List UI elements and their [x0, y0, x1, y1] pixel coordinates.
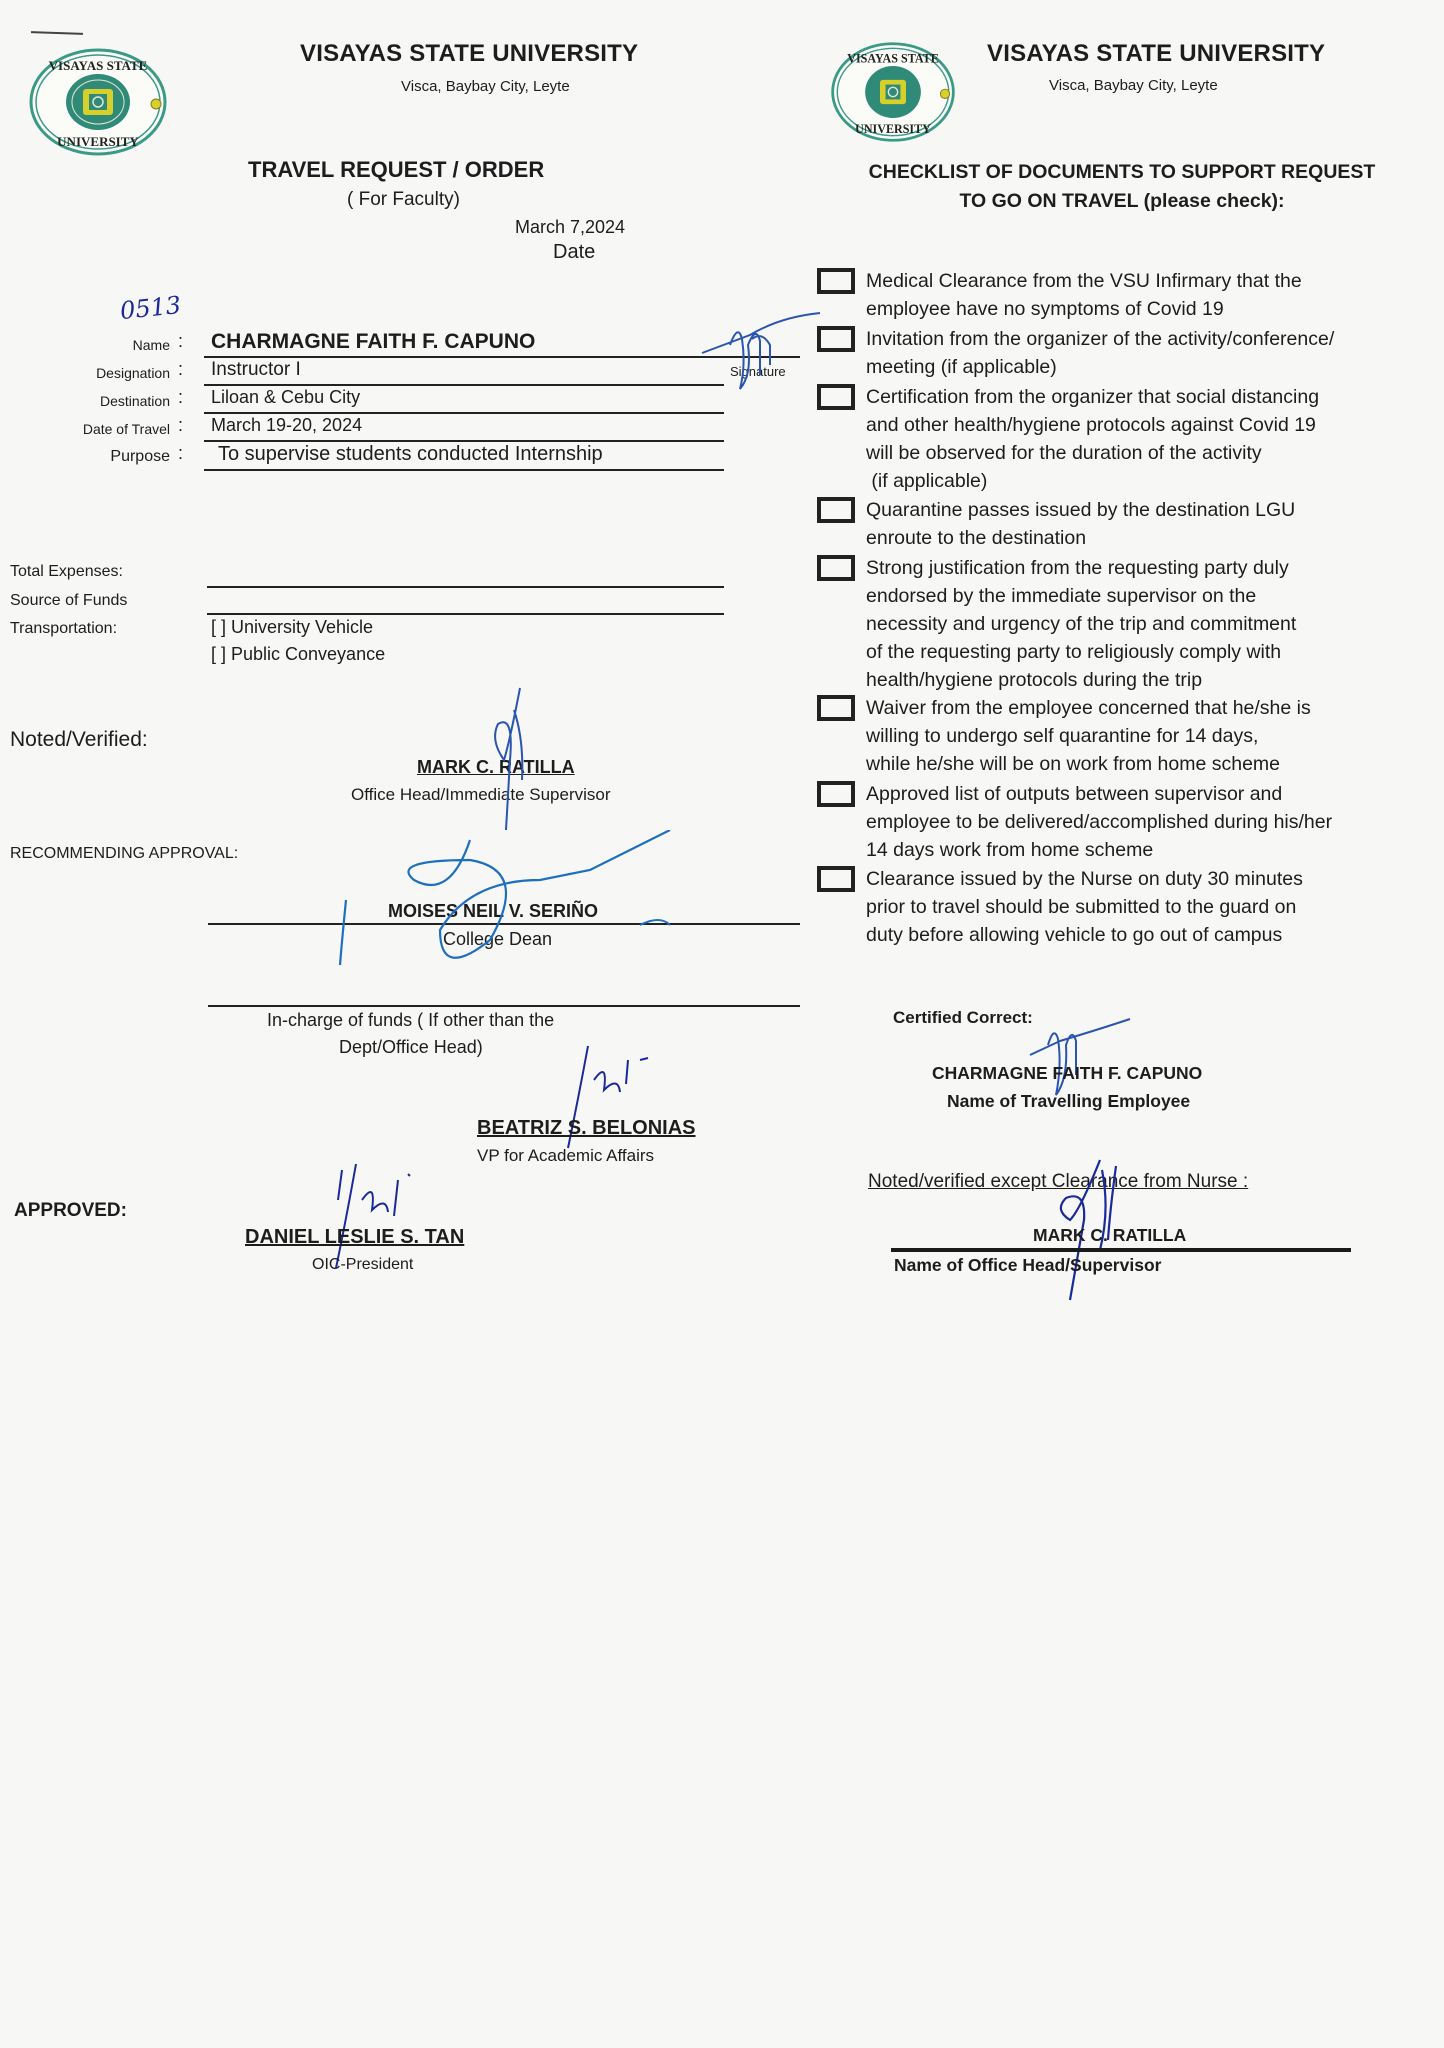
total-expenses-label: Total Expenses: [10, 563, 123, 581]
designation-underline [204, 384, 724, 386]
purpose-underline [204, 469, 724, 471]
name-underline [204, 356, 800, 358]
purpose-value[interactable]: To supervise students conducted Internsh… [218, 443, 603, 466]
checklist-item-text: Certification from the organizer that so… [866, 383, 1426, 495]
dean-name: MOISES NEIL V. SERIÑO [388, 901, 598, 922]
office-head-name: MARK C. RATILLA [1033, 1225, 1186, 1246]
university-seal-logo-right: VISAYAS STATE UNIVERSITY [828, 38, 958, 146]
checklist-item-text: Clearance issued by the Nurse on duty 30… [866, 865, 1426, 949]
source-of-funds-line[interactable] [207, 613, 724, 615]
date-of-travel-label: Date of Travel [0, 421, 170, 437]
form-title: TRAVEL REQUEST / ORDER [248, 157, 544, 183]
checkbox[interactable] [817, 555, 855, 581]
funds-incharge-signature-line [208, 1005, 800, 1007]
form-subtitle: ( For Faculty) [347, 189, 460, 211]
request-date-label: Date [553, 241, 595, 264]
dean-title: College Dean [443, 929, 552, 950]
recommending-approval-label: RECOMMENDING APPROVAL: [10, 845, 238, 863]
signature-label: Signature [730, 364, 786, 379]
president-name: DANIEL LESLIE S. TAN [245, 1226, 464, 1249]
transportation-label: Transportation: [10, 620, 117, 638]
designation-colon: : [178, 359, 183, 380]
checkbox[interactable] [817, 866, 855, 892]
destination-label: Destination [0, 393, 170, 409]
university-seal-logo-left: VISAYAS STATE UNIVERSITY [28, 48, 168, 156]
purpose-label: Purpose [0, 448, 170, 466]
checkbox[interactable] [817, 326, 855, 352]
designation-value[interactable]: Instructor I [211, 359, 301, 381]
checkbox[interactable] [817, 497, 855, 523]
checkbox[interactable] [817, 695, 855, 721]
checkbox[interactable] [817, 781, 855, 807]
checkbox[interactable] [817, 268, 855, 294]
designation-label: Designation [0, 365, 170, 381]
svg-text:VISAYAS STATE: VISAYAS STATE [847, 51, 939, 65]
university-name-left: VISAYAS STATE UNIVERSITY [300, 40, 638, 68]
scan-mark [31, 31, 83, 35]
supervisor-title: Office Head/Immediate Supervisor [351, 785, 611, 805]
university-address-left: Visca, Baybay City, Leyte [401, 78, 570, 95]
president-title: OIC-President [312, 1256, 413, 1274]
funds-incharge-title-line1: In-charge of funds ( If other than the [267, 1010, 554, 1031]
name-value[interactable]: CHARMAGNE FAITH F. CAPUNO [211, 330, 535, 354]
checklist-item-text: Approved list of outputs between supervi… [866, 780, 1426, 864]
request-date-value: March 7,2024 [515, 217, 625, 238]
checklist-title: CHECKLIST OF DOCUMENTS TO SUPPORT REQUES… [800, 158, 1444, 216]
checklist-title-line1: CHECKLIST OF DOCUMENTS TO SUPPORT REQUES… [800, 158, 1444, 187]
vpaa-title: VP for Academic Affairs [477, 1146, 654, 1166]
option-university-vehicle[interactable]: [ ] University Vehicle [211, 617, 373, 638]
option-public-conveyance[interactable]: [ ] Public Conveyance [211, 644, 385, 665]
svg-text:UNIVERSITY: UNIVERSITY [57, 134, 139, 149]
name-colon: : [178, 331, 183, 352]
checklist-item-text: Waiver from the employee concerned that … [866, 694, 1426, 778]
employee-info-fields: Name : CHARMAGNE FAITH F. CAPUNO Designa… [0, 328, 820, 478]
dean-signature-line [208, 923, 800, 925]
noted-verified-except-label: Noted/verified except Clearance from Nur… [868, 1171, 1248, 1193]
noted-verified-label: Noted/Verified: [10, 728, 148, 752]
travelling-employee-caption: Name of Travelling Employee [947, 1091, 1190, 1112]
university-address-right: Visca, Baybay City, Leyte [1049, 77, 1218, 94]
svg-text:UNIVERSITY: UNIVERSITY [855, 122, 931, 136]
date-of-travel-value[interactable]: March 19-20, 2024 [211, 415, 362, 436]
supervisor-name: MARK C. RATILLA [417, 757, 575, 778]
date-of-travel-colon: : [178, 415, 183, 436]
funds-incharge-title-line2: Dept/Office Head) [339, 1037, 483, 1058]
certified-correct-label: Certified Correct: [893, 1008, 1033, 1028]
travelling-employee-name: CHARMAGNE FAITH F. CAPUNO [932, 1063, 1202, 1084]
president-signature [320, 1160, 450, 1270]
university-name-right: VISAYAS STATE UNIVERSITY [987, 40, 1325, 68]
destination-value[interactable]: Liloan & Cebu City [211, 387, 360, 408]
checklist-item-text: Invitation from the organizer of the act… [866, 325, 1426, 381]
office-head-caption: Name of Office Head/Supervisor [894, 1255, 1161, 1276]
purpose-colon: : [178, 443, 183, 464]
checklist-item-text: Quarantine passes issued by the destinat… [866, 496, 1426, 552]
name-label: Name [0, 337, 170, 353]
employee-signature-certified [1020, 1005, 1140, 1105]
handwritten-control-number: 0513 [119, 291, 183, 325]
destination-underline [204, 412, 724, 414]
approved-label: APPROVED: [14, 1200, 127, 1222]
vpaa-name: BEATRIZ S. BELONIAS [477, 1117, 696, 1140]
office-head-signature-line [891, 1248, 1351, 1252]
total-expenses-line[interactable] [207, 586, 724, 588]
checkbox[interactable] [817, 384, 855, 410]
checklist-item-text: Medical Clearance from the VSU Infirmary… [866, 267, 1426, 323]
checklist-title-line2: TO GO ON TRAVEL (please check): [800, 187, 1444, 216]
source-of-funds-label: Source of Funds [10, 592, 127, 610]
destination-colon: : [178, 387, 183, 408]
date-of-travel-underline [204, 440, 724, 442]
svg-text:VISAYAS STATE: VISAYAS STATE [49, 58, 148, 73]
checklist-item-text: Strong justification from the requesting… [866, 554, 1426, 694]
